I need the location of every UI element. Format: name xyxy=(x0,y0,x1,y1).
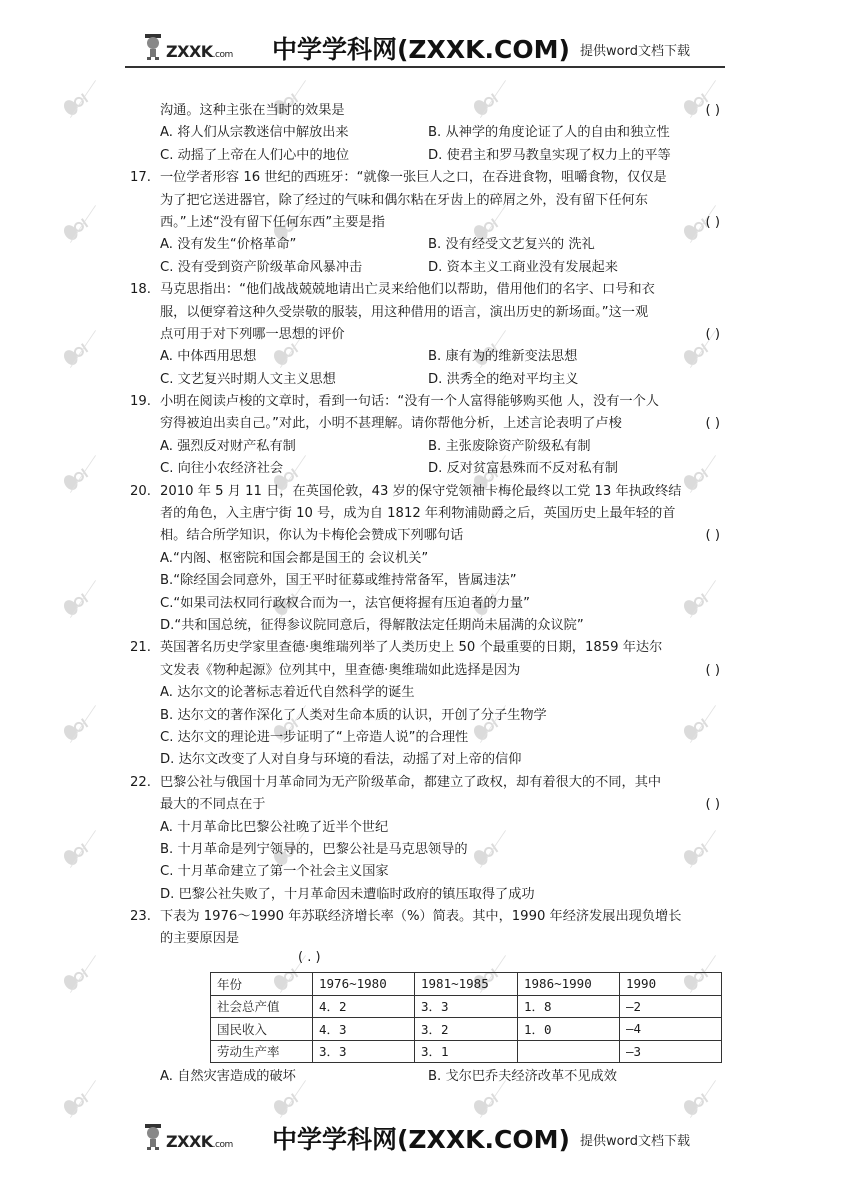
answer-blank: ( ) xyxy=(706,660,720,682)
watermark-logo-icon xyxy=(59,203,107,244)
option-d: D. 资本主义工商业没有发展起来 xyxy=(428,257,618,279)
option-b: B. 十月革命是列宁领导的，巴黎公社是马克思领导的 xyxy=(160,839,468,861)
table-cell: 劳动生产率 xyxy=(211,1040,313,1063)
site-title: 中学学科网(ZXXK.COM) xyxy=(272,1120,570,1156)
question-number: 19. xyxy=(130,391,151,413)
question-text: 点可用于对下列哪一思想的评价 xyxy=(160,327,345,342)
option-a: A. 自然灾害造成的破坏 xyxy=(160,1066,296,1088)
option-d: D. 洪秀全的绝对平均主义 xyxy=(428,369,578,391)
question-20: 20. 2010 年 5 月 11 日，在英国伦敦，43 岁的保守党领袖卡梅伦最… xyxy=(130,481,730,638)
table-cell: —4 xyxy=(620,1018,722,1041)
table-cell: 4．2 xyxy=(313,995,415,1018)
question-text: 最大的不同点在于 xyxy=(160,797,266,812)
question-number: 18. xyxy=(130,279,151,301)
option-d: D. 巴黎公社失败了，十月革命因未遭临时政府的镇压取得了成功 xyxy=(160,884,535,906)
table-row: 劳动生产率 3．3 3．1 —3 xyxy=(211,1040,722,1063)
question-19: 19. 小明在阅读卢梭的文章时，看到一句话：“没有一个人富得能够购买他 人，没有… xyxy=(130,391,730,481)
question-text: 下表为 1976～1990 年苏联经济增长率（%）简表。其中，1990 年经济发… xyxy=(160,909,681,924)
option-c: C. 动摇了上帝在人们心中的地位 xyxy=(160,145,349,167)
option-c: C. 十月革命建立了第一个社会主义国家 xyxy=(160,861,389,883)
option-a: A. 十月革命比巴黎公社晚了近半个世纪 xyxy=(160,817,388,839)
option-a: A. 强烈反对财产私有制 xyxy=(160,436,296,458)
answer-blank: ( ) xyxy=(706,324,720,346)
logo-text: ZXXK xyxy=(166,1132,213,1151)
question-text: 者的角色，入主唐宁街 10 号，成为自 1812 年利物浦勋爵之后，英国历史上最… xyxy=(160,506,675,521)
site-subtitle: 提供word文档下载 xyxy=(580,40,690,59)
question-text: 的主要原因是 xyxy=(160,931,239,946)
table-cell: 3．3 xyxy=(313,1040,415,1063)
table-header-cell: 1990 xyxy=(620,973,722,996)
question-text: 小明在阅读卢梭的文章时，看到一句话：“没有一个人富得能够购买他 人，没有一个人 xyxy=(160,394,659,409)
table-row: 国民收入 4．3 3．2 1．0 —4 xyxy=(211,1018,722,1041)
table-cell: 3．1 xyxy=(415,1040,518,1063)
option-a: A. 达尔文的论著标志着近代自然科学的诞生 xyxy=(160,682,415,704)
option-b: B. 康有为的维新变法思想 xyxy=(428,346,577,368)
site-logo: ZXXK.com xyxy=(140,30,260,64)
logo-suffix: .com xyxy=(213,1140,233,1150)
watermark-logo-icon xyxy=(59,328,107,369)
logo-suffix: .com xyxy=(213,50,233,60)
answer-blank: ( ) xyxy=(706,100,720,122)
option-d: D. 使君主和罗马教皇实现了权力上的平等 xyxy=(428,145,671,167)
watermark-logo-icon xyxy=(59,1078,107,1119)
option-c: C.“如果司法权同行政权合而为一，法官便将握有压迫者的力量” xyxy=(160,593,530,615)
question-number: 20. xyxy=(130,481,151,503)
question-21: 21. 英国著名历史学家里查德·奥维瑞列举了人类历史上 50 个最重要的日期，1… xyxy=(130,637,730,771)
page-footer: ZXXK.com 中学学科网(ZXXK.COM) 提供word文档下载 xyxy=(140,1116,720,1156)
option-b: B. 戈尔巴乔夫经济改革不见成效 xyxy=(428,1066,617,1088)
table-cell: 4．3 xyxy=(313,1018,415,1041)
option-c: C. 文艺复兴时期人文主义思想 xyxy=(160,369,336,391)
table-header-cell: 1986~1990 xyxy=(518,973,620,996)
question-text: 穷得被迫出卖自己。”对此，小明不甚理解。请你帮他分析，上述言论表明了卢梭 xyxy=(160,416,622,431)
option-d: D. 反对贫富悬殊而不反对私有制 xyxy=(428,458,618,480)
header-divider xyxy=(125,66,725,68)
question-text: 一位学者形容 16 世纪的西班牙：“就像一张巨人之口，在吞进食物，咀嚼食物，仅仅… xyxy=(160,170,667,185)
site-title: 中学学科网(ZXXK.COM) xyxy=(272,30,570,66)
table-cell: 社会总产值 xyxy=(211,995,313,1018)
table-cell: —2 xyxy=(620,995,722,1018)
question-number: 21. xyxy=(130,637,151,659)
question-23-options: A. 自然灾害造成的破坏 B. 戈尔巴乔夫经济改革不见成效 xyxy=(130,1066,730,1088)
option-c: C. 达尔文的理论进一步证明了“上帝造人说”的合理性 xyxy=(160,727,468,749)
exam-questions: 沟通。这种主张在当时的效果是 ( ) A. 将人们从宗教迷信中解放出来 B. 从… xyxy=(130,100,730,951)
question-text: 西。”上述“没有留下任何东西”主要是指 xyxy=(160,215,385,230)
option-a: A. 将人们从宗教迷信中解放出来 xyxy=(160,122,349,144)
option-c: C. 向往小农经济社会 xyxy=(160,458,283,480)
option-a: A. 中体西用思想 xyxy=(160,346,256,368)
watermark-logo-icon xyxy=(59,953,107,994)
site-subtitle: 提供word文档下载 xyxy=(580,1130,690,1149)
watermark-logo-icon xyxy=(59,78,107,119)
table-cell: 3．3 xyxy=(415,995,518,1018)
table-header-cell: 年份 xyxy=(211,973,313,996)
option-a: A. 没有发生“价格革命” xyxy=(160,234,296,256)
option-b: B. 主张废除资产阶级私有制 xyxy=(428,436,591,458)
graduate-mascot-icon xyxy=(142,1122,164,1150)
answer-blank: ( ) xyxy=(706,525,720,547)
table-header-cell: 1981~1985 xyxy=(415,973,518,996)
question-number: 17. xyxy=(130,167,151,189)
option-b: B. 达尔文的著作深化了人类对生命本质的认识，开创了分子生物学 xyxy=(160,705,547,727)
question-text: 服，以便穿着这种久受崇敬的服装，用这种借用的语言，演出历史的新场面。”这一观 xyxy=(160,305,648,320)
question-text: 文发表《物种起源》位列其中，里查德·奥维瑞如此选择是因为 xyxy=(160,663,520,678)
table-header-row: 年份 1976~1980 1981~1985 1986~1990 1990 xyxy=(211,973,722,996)
logo-text: ZXXK xyxy=(166,42,213,61)
question-number: 22. xyxy=(130,772,151,794)
question-text: 英国著名历史学家里查德·奥维瑞列举了人类历史上 50 个最重要的日期，1859 … xyxy=(160,640,662,655)
option-a: A.“内阁、枢密院和国会都是国王的 会议机关” xyxy=(160,548,428,570)
table-cell: 3．2 xyxy=(415,1018,518,1041)
option-d: D.“共和国总统，征得参议院同意后，得解散法定任期尚未届满的众议院” xyxy=(160,615,584,637)
page-header: ZXXK.com 中学学科网(ZXXK.COM) 提供word文档下载 xyxy=(140,26,720,66)
question-text: 巴黎公社与俄国十月革命同为无产阶级革命，都建立了政权，却有着很大的不同，其中 xyxy=(160,775,661,790)
question-17: 17. 一位学者形容 16 世纪的西班牙：“就像一张巨人之口，在吞进食物，咀嚼食… xyxy=(130,167,730,279)
question-number: 23. xyxy=(130,906,151,928)
watermark-logo-icon xyxy=(59,453,107,494)
question-text: 沟通。这种主张在当时的效果是 xyxy=(160,103,345,118)
option-b: B.“除经国会同意外，国王平时征募或维持常备军，皆属违法” xyxy=(160,570,517,592)
question-text: 马克思指出：“他们战战兢兢地请出亡灵来给他们以帮助，借用他们的名字、口号和衣 xyxy=(160,282,655,297)
graduate-mascot-icon xyxy=(142,32,164,60)
watermark-logo-icon xyxy=(59,578,107,619)
question-18: 18. 马克思指出：“他们战战兢兢地请出亡灵来给他们以帮助，借用他们的名字、口号… xyxy=(130,279,730,391)
answer-blank: ( ) xyxy=(706,794,720,816)
question-22: 22. 巴黎公社与俄国十月革命同为无产阶级革命，都建立了政权，却有着很大的不同，… xyxy=(130,772,730,906)
table-cell: 国民收入 xyxy=(211,1018,313,1041)
question-text: 相。结合所学知识，你认为卡梅伦会赞成下列哪句话 xyxy=(160,528,463,543)
table-cell xyxy=(518,1040,620,1063)
watermark-logo-icon xyxy=(59,828,107,869)
answer-blank: ( ) xyxy=(706,413,720,435)
option-d: D. 达尔文改变了人对自身与环境的看法，动摇了对上帝的信仰 xyxy=(160,749,521,771)
option-b: B. 从神学的角度论证了人的自由和独立性 xyxy=(428,122,670,144)
table-row: 社会总产值 4．2 3．3 1．8 —2 xyxy=(211,995,722,1018)
watermark-logo-icon xyxy=(59,703,107,744)
table-header-cell: 1976~1980 xyxy=(313,973,415,996)
question-23: 23. 下表为 1976～1990 年苏联经济增长率（%）简表。其中，1990 … xyxy=(130,906,730,951)
question-text: 为了把它送进器官，除了经过的气味和偶尔粘在牙齿上的碎屑之外，没有留下任何东 xyxy=(160,193,648,208)
table-cell: 1．0 xyxy=(518,1018,620,1041)
answer-blank: ( . ) xyxy=(298,950,321,965)
question-16: 沟通。这种主张在当时的效果是 ( ) A. 将人们从宗教迷信中解放出来 B. 从… xyxy=(130,100,730,167)
option-c: C. 没有受到资产阶级革命风暴冲击 xyxy=(160,257,362,279)
table-cell: —3 xyxy=(620,1040,722,1063)
answer-blank: ( ) xyxy=(706,212,720,234)
question-text: 2010 年 5 月 11 日，在英国伦敦，43 岁的保守党领袖卡梅伦最终以工党… xyxy=(160,484,681,499)
site-logo: ZXXK.com xyxy=(140,1120,260,1154)
option-b: B. 没有经受文艺复兴的 洗礼 xyxy=(428,234,595,256)
table-cell: 1．8 xyxy=(518,995,620,1018)
soviet-growth-table: 年份 1976~1980 1981~1985 1986~1990 1990 社会… xyxy=(210,972,722,1063)
